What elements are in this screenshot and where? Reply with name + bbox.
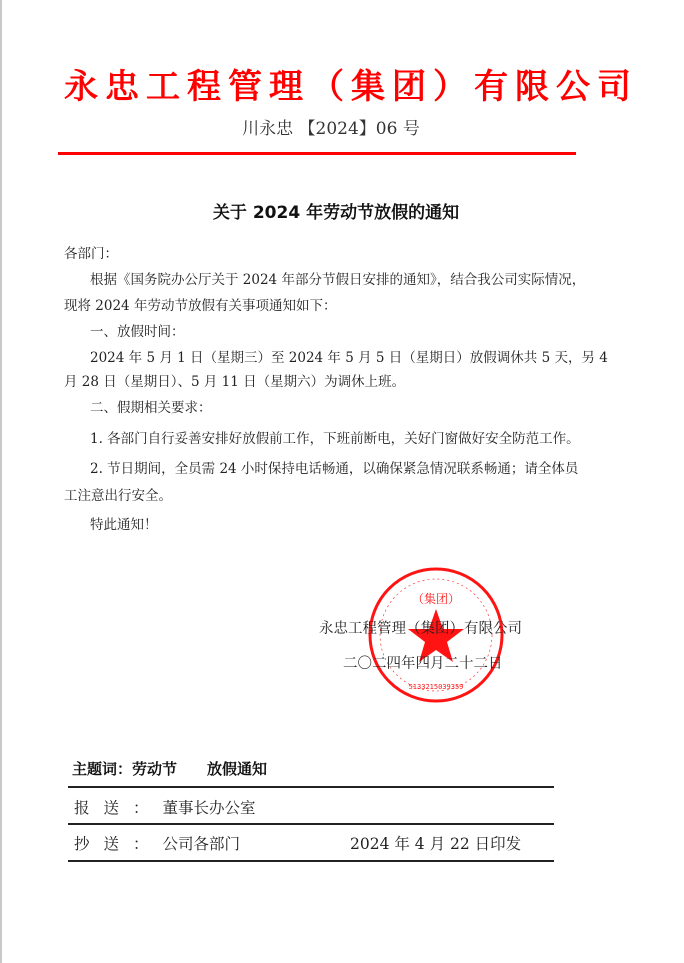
footer-rule-3 — [68, 860, 554, 862]
print-date: 2024 年 4 月 22 日印发 — [350, 832, 521, 854]
requirement-item-2-line-2: 工注意出行安全。 — [64, 484, 172, 504]
section1-line-1: 2024 年 5 月 1 日（星期三）至 2024 年 5 月 5 日（星期日）… — [90, 346, 608, 366]
intro-line-2: 现将 2024 年劳动节放假有关事项通知如下： — [64, 294, 336, 314]
red-header-rule — [58, 152, 576, 155]
signature-org: 永忠工程管理（集团）有限公司 — [319, 617, 522, 638]
subject-keywords: 主题词：劳动节放假通知 — [72, 758, 267, 779]
report-label: 报送： — [74, 799, 163, 817]
copy-value: 公司各部门 — [163, 835, 241, 853]
notice-title: 关于 2024 年劳动节放假的通知 — [0, 198, 684, 223]
section1-line-2: 月 28 日（星期日）、5 月 11 日（星期六）为调休上班。 — [64, 370, 405, 390]
org-title: 永忠工程管理（集团）有限公司 — [64, 62, 564, 112]
requirement-item-2-line-1: 2. 节日期间，全员需 24 小时保持电话畅通，以确保紧急情况联系畅通；请全体员 — [90, 457, 578, 477]
report-to-row: 报送：董事长办公室 — [74, 796, 256, 818]
requirement-item-1: 1. 各部门自行妥善安排好放假前工作，下班前断电，关好门窗做好安全防范工作。 — [90, 427, 580, 447]
svg-text:（集团）: （集团） — [412, 591, 460, 606]
doc-number: 川永忠 【2024】06 号 — [0, 117, 684, 141]
page-left-edge — [0, 0, 2, 963]
signature-date: 二〇二四年四月二十二日 — [343, 652, 503, 673]
keywords-value: 放假通知 — [207, 760, 267, 778]
report-value: 董事长办公室 — [163, 799, 256, 817]
salutation: 各部门： — [64, 242, 118, 262]
svg-text:5133215039359: 5133215039359 — [409, 683, 464, 691]
footer-rule-1 — [68, 786, 554, 788]
section2-heading: 二、假期相关要求： — [90, 396, 212, 416]
section1-heading: 一、放假时间： — [90, 320, 185, 340]
keywords-label: 主题词：劳动节 — [72, 760, 177, 778]
closing-text: 特此通知！ — [90, 513, 158, 533]
intro-line-1: 根据《国务院办公厅关于 2024 年部分节假日安排的通知》，结合我公司实际情况， — [90, 268, 585, 288]
copy-to-row: 抄送：公司各部门 — [74, 832, 240, 854]
footer-rule-2 — [68, 823, 554, 825]
copy-label: 抄送： — [74, 835, 163, 853]
